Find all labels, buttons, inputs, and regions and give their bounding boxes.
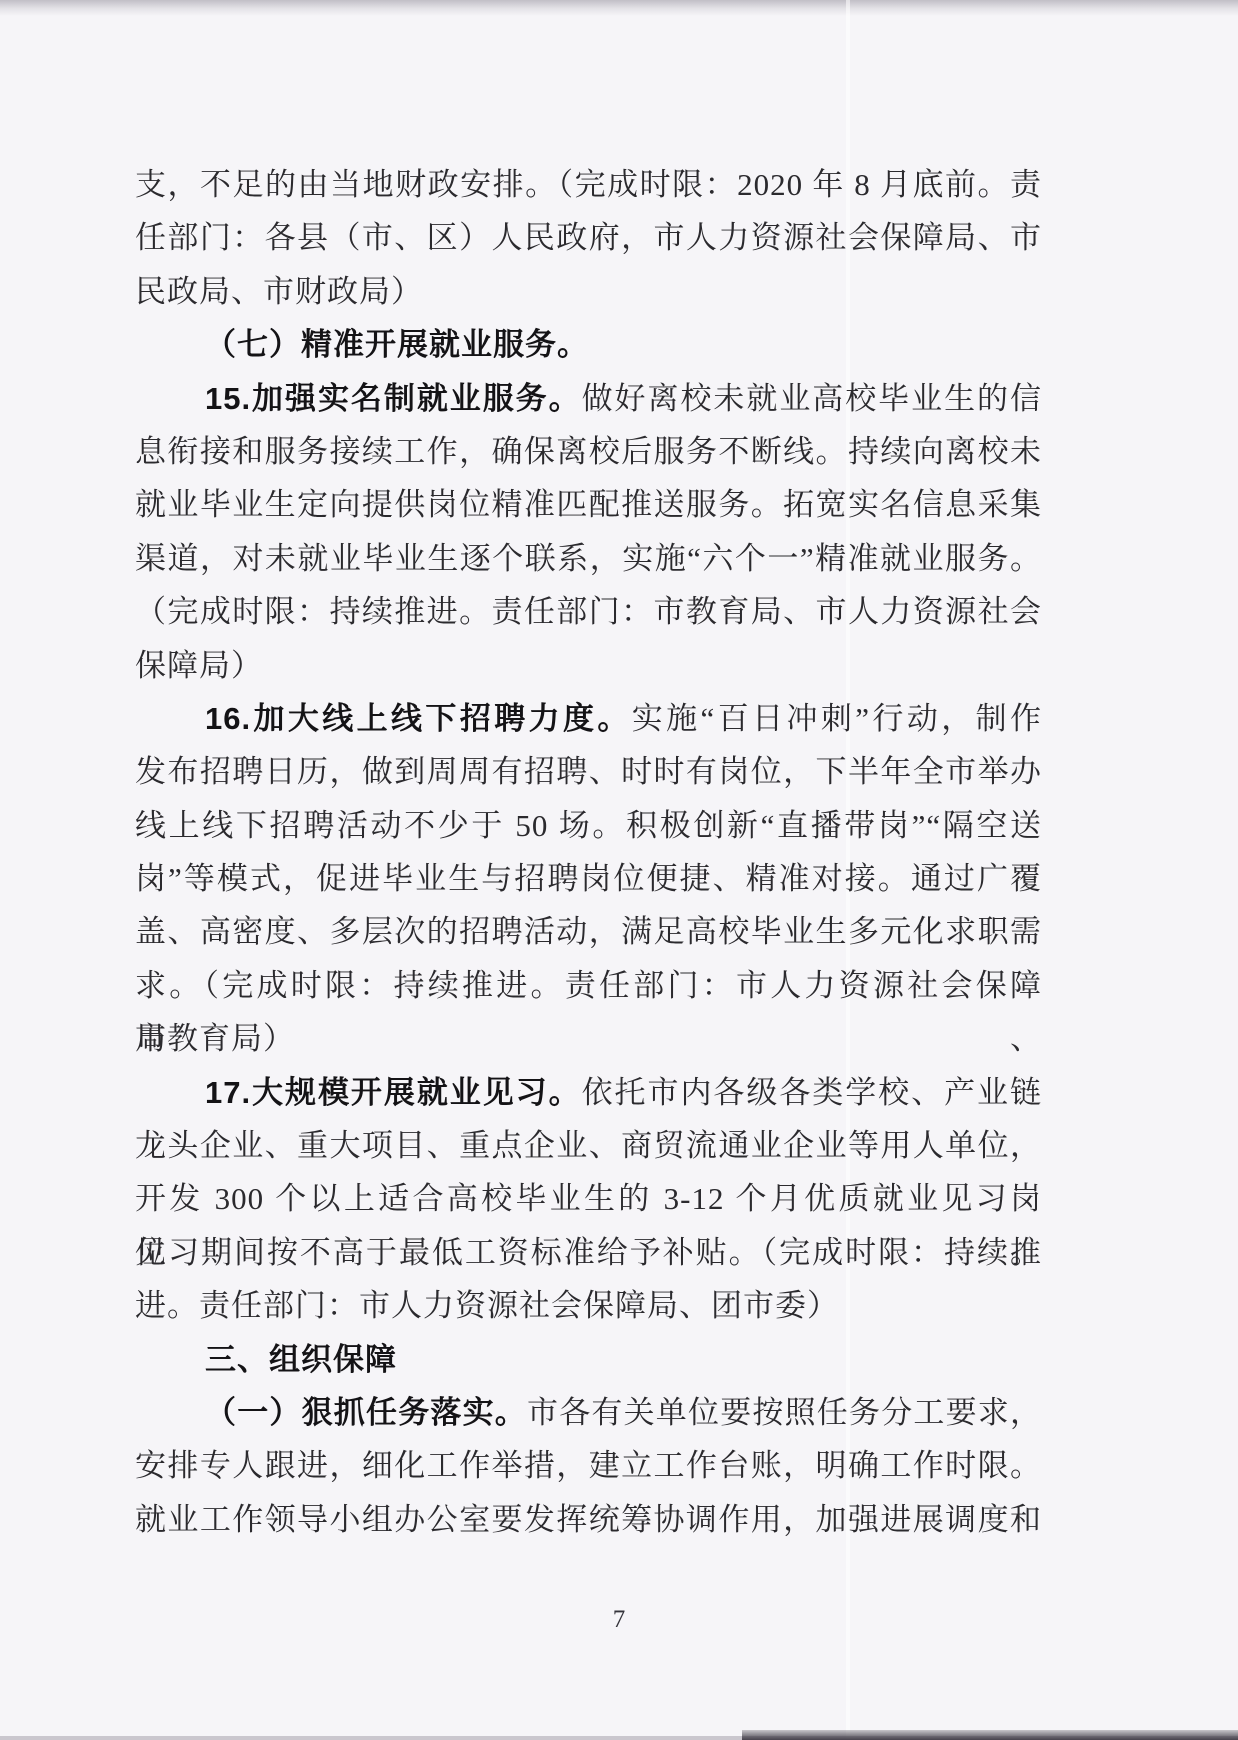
text-line: 线上线下招聘活动不少于 50 场。积极创新“直播带岗”“隔空送 — [135, 799, 1042, 852]
body-text: 任部门：各县（市、区）人民政府，市人力资源社会保障局、市 — [135, 220, 1042, 255]
text-line: 盖、高密度、多层次的招聘活动，满足高校毕业生多元化求职需 — [135, 905, 1042, 958]
body-text: 民政局、市财政局） — [135, 274, 423, 309]
emphasis-text: 15.加强实名制就业服务。 — [205, 381, 582, 416]
text-line: 求。（完成时限：持续推进。责任部门：市人力资源社会保障局、 — [135, 959, 1042, 1012]
text-line: 见习期间按不高于最低工资标准给予补贴。（完成时限：持续推 — [135, 1226, 1042, 1279]
page-number: 7 — [0, 1606, 1238, 1634]
text-line: 17.大规模开展就业见习。依托市内各级各类学校、产业链 — [135, 1066, 1042, 1119]
body-text: 市各有关单位要按照任务分工要求， — [527, 1395, 1042, 1430]
text-line: 保障局） — [135, 639, 1042, 692]
body-text: 岗”等模式，促进毕业生与招聘岗位便捷、精准对接。通过广覆 — [135, 861, 1042, 896]
text-line: 就业工作领导小组办公室要发挥统筹协调作用，加强进展调度和 — [135, 1493, 1042, 1546]
scan-artifact-bottom-dark-band — [742, 1730, 1238, 1740]
body-text: 龙头企业、重大项目、重点企业、商贸流通业企业等用人单位， — [135, 1128, 1042, 1163]
text-line: （一）狠抓任务落实。市各有关单位要按照任务分工要求， — [135, 1386, 1042, 1439]
text-line: 安排专人跟进，细化工作举措，建立工作台账，明确工作时限。 — [135, 1439, 1042, 1492]
emphasis-text: （一）狠抓任务落实。 — [205, 1395, 527, 1430]
body-text: 保障局） — [135, 648, 263, 683]
text-line: 16.加大线上线下招聘力度。实施“百日冲刺”行动，制作 — [135, 692, 1042, 745]
text-line: 龙头企业、重大项目、重点企业、商贸流通业企业等用人单位， — [135, 1119, 1042, 1172]
body-text: 见习期间按不高于最低工资标准给予补贴。（完成时限：持续推 — [135, 1235, 1042, 1270]
text-line: （完成时限：持续推进。责任部门：市教育局、市人力资源社会 — [135, 585, 1042, 638]
body-text: 渠道，对未就业毕业生逐个联系，实施“六个一”精准就业服务。 — [135, 541, 1042, 576]
text-line: 渠道，对未就业毕业生逐个联系，实施“六个一”精准就业服务。 — [135, 532, 1042, 585]
text-line: 岗”等模式，促进毕业生与招聘岗位便捷、精准对接。通过广覆 — [135, 852, 1042, 905]
body-text: 市教育局） — [135, 1021, 295, 1056]
body-text: 就业毕业生定向提供岗位精准匹配推送服务。拓宽实名信息采集 — [135, 487, 1042, 522]
text-line: 开发 300 个以上适合高校毕业生的 3-12 个月优质就业见习岗位。 — [135, 1172, 1042, 1225]
text-line: 支，不足的由当地财政安排。（完成时限：2020 年 8 月底前。责 — [135, 158, 1042, 211]
body-text: 支，不足的由当地财政安排。（完成时限：2020 年 8 月底前。责 — [135, 167, 1042, 202]
text-line: 三、组织保障 — [135, 1333, 1042, 1386]
emphasis-text: （七）精准开展就业服务。 — [205, 327, 589, 362]
body-text: （完成时限：持续推进。责任部门：市教育局、市人力资源社会 — [135, 594, 1042, 629]
text-line: （七）精准开展就业服务。 — [135, 318, 1042, 371]
emphasis-text: 三、组织保障 — [205, 1342, 397, 1377]
body-text: 息衔接和服务接续工作，确保离校后服务不断线。持续向离校未 — [135, 434, 1042, 469]
text-line: 进。责任部门：市人力资源社会保障局、团市委） — [135, 1279, 1042, 1332]
body-text: 进。责任部门：市人力资源社会保障局、团市委） — [135, 1288, 839, 1323]
body-text: 发布招聘日历，做到周周有招聘、时时有岗位，下半年全市举办 — [135, 754, 1042, 789]
text-line: 任部门：各县（市、区）人民政府，市人力资源社会保障局、市 — [135, 211, 1042, 264]
body-text: 做好离校未就业高校毕业生的信 — [582, 381, 1042, 416]
body-text: 盖、高密度、多层次的招聘活动，满足高校毕业生多元化求职需 — [135, 914, 1042, 949]
text-line: 就业毕业生定向提供岗位精准匹配推送服务。拓宽实名信息采集 — [135, 478, 1042, 531]
emphasis-text: 17.大规模开展就业见习。 — [205, 1075, 582, 1110]
body-text: 实施“百日冲刺”行动，制作 — [632, 701, 1042, 736]
text-line: 15.加强实名制就业服务。做好离校未就业高校毕业生的信 — [135, 372, 1042, 425]
text-line: 民政局、市财政局） — [135, 265, 1042, 318]
body-text: 安排专人跟进，细化工作举措，建立工作台账，明确工作时限。 — [135, 1448, 1042, 1483]
body-text: 依托市内各级各类学校、产业链 — [582, 1075, 1042, 1110]
text-line: 息衔接和服务接续工作，确保离校后服务不断线。持续向离校未 — [135, 425, 1042, 478]
body-text: 就业工作领导小组办公室要发挥统筹协调作用，加强进展调度和 — [135, 1502, 1042, 1537]
body-text: 线上线下招聘活动不少于 50 场。积极创新“直播带岗”“隔空送 — [135, 808, 1042, 843]
document-text-block: 支，不足的由当地财政安排。（完成时限：2020 年 8 月底前。责任部门：各县（… — [135, 158, 1042, 1546]
emphasis-text: 16.加大线上线下招聘力度。 — [205, 701, 632, 736]
scan-artifact-top-edge — [0, 0, 1238, 16]
text-line: 发布招聘日历，做到周周有招聘、时时有岗位，下半年全市举办 — [135, 745, 1042, 798]
scanned-document-page: 支，不足的由当地财政安排。（完成时限：2020 年 8 月底前。责任部门：各县（… — [0, 0, 1238, 1740]
